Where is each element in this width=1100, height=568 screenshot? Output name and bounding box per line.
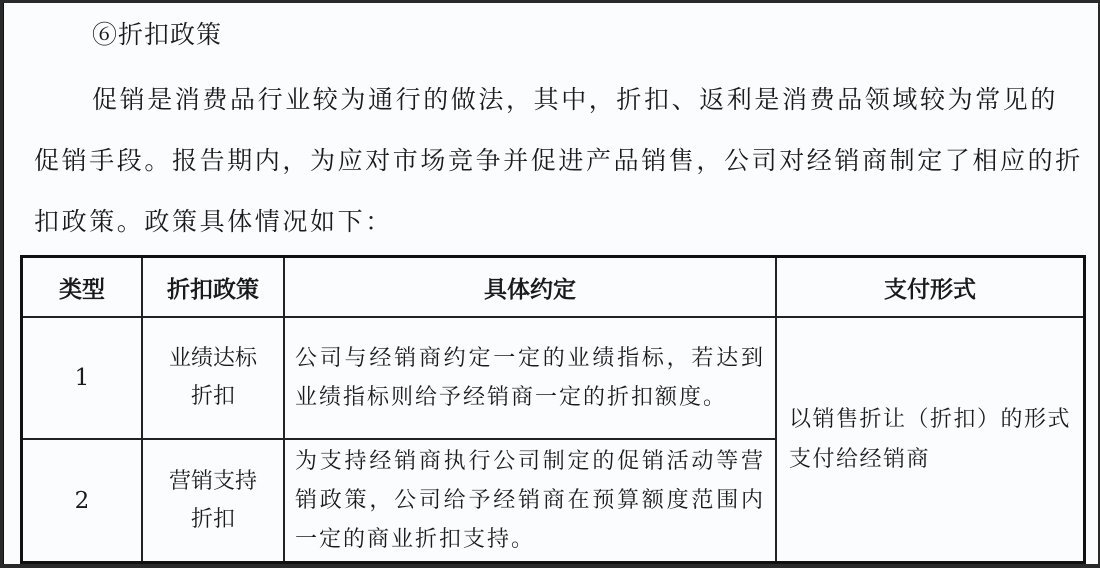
row-detail: 公司与经销商约定一定的业绩指标，若达到业绩指标则给予经销商一定的折扣额度。 bbox=[284, 317, 776, 439]
row-type: 2 bbox=[22, 439, 143, 563]
header-detail: 具体约定 bbox=[284, 257, 776, 318]
header-policy: 折扣政策 bbox=[142, 257, 284, 318]
header-type: 类型 bbox=[22, 257, 143, 318]
row-type: 1 bbox=[22, 317, 143, 439]
table-header-row: 类型 折扣政策 具体约定 支付形式 bbox=[22, 257, 1085, 318]
intro-paragraph: 促销是消费品行业较为通行的做法，其中，折扣、返利是消费品领域较为常见的促销手段。… bbox=[34, 69, 1084, 252]
header-payment: 支付形式 bbox=[776, 257, 1085, 318]
payment-form-cell: 以销售折让（折扣）的形式支付给经销商 bbox=[776, 317, 1085, 563]
row-policy: 营销支持 折扣 bbox=[142, 439, 284, 563]
table-row: 1 业绩达标 折扣 公司与经销商约定一定的业绩指标，若达到业绩指标则给予经销商一… bbox=[22, 317, 1085, 439]
policy-line: 折扣 bbox=[143, 501, 283, 539]
policy-line: 业绩达标 bbox=[143, 340, 283, 378]
document-page: ⑥折扣政策 促销是消费品行业较为通行的做法，其中，折扣、返利是消费品领域较为常见… bbox=[3, 3, 1098, 564]
policy-line: 折扣 bbox=[143, 378, 283, 416]
row-detail: 为支持经销商执行公司制定的促销活动等营销政策，公司给予经销商在预算额度范围内一定… bbox=[284, 439, 776, 563]
section-heading: ⑥折扣政策 bbox=[92, 15, 222, 51]
discount-policy-table: 类型 折扣政策 具体约定 支付形式 1 业绩达标 折扣 公司与经销商约定一定的业… bbox=[20, 255, 1086, 564]
policy-line: 营销支持 bbox=[143, 463, 283, 501]
row-policy: 业绩达标 折扣 bbox=[142, 317, 284, 439]
